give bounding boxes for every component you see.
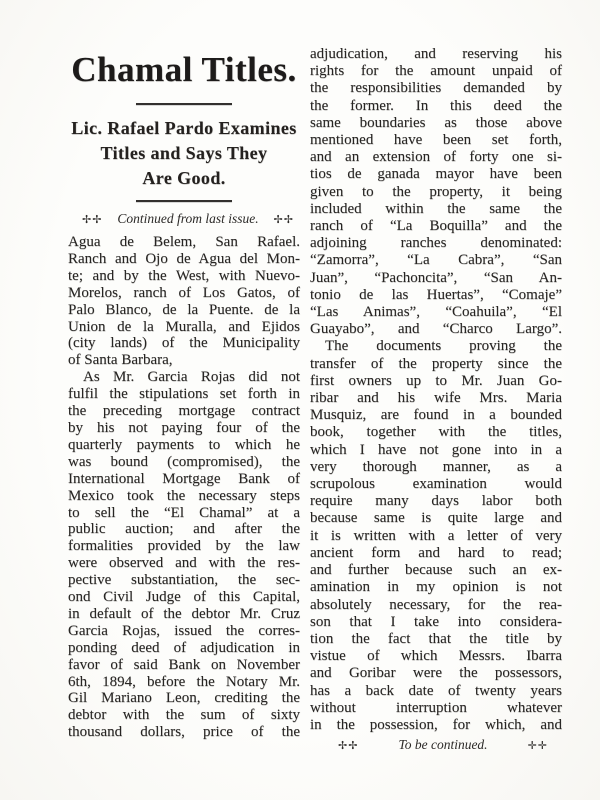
- text-line: Morelos, ranch of Los Gatos, of: [68, 285, 300, 302]
- text-line: Titles and Says They: [68, 141, 300, 166]
- text-line: Gil Mariano Leon, crediting the: [68, 690, 300, 707]
- text-line: ponding deed of adjudication in: [68, 640, 300, 657]
- text-line: vistue of which Messrs. Ibarra: [310, 648, 562, 665]
- continued-note: Continued from last issue.: [117, 211, 258, 227]
- text-line: which I have not gone into in a: [310, 442, 562, 459]
- text-line: adjudication, and reserving his: [310, 46, 562, 63]
- text-line: amination in my opinion is not: [310, 579, 562, 596]
- cross-ornament-icon: ✢✢: [338, 739, 358, 752]
- text-line: was bound (compromised), the: [68, 454, 300, 471]
- text-line: in the possession, for which, and: [310, 717, 562, 734]
- text-line: the responsibilities demanded by: [310, 80, 562, 97]
- text-line: Juan”, “Pachoncita”, “San An-: [310, 270, 562, 287]
- text-line: Musquiz, are found in a bounded: [310, 407, 562, 424]
- text-line: require many days labor both: [310, 493, 562, 510]
- text-line: ond Civil Judge of this Capital,: [68, 589, 300, 606]
- text-line: it is written with a letter of very: [310, 528, 562, 545]
- text-line: absolutely necessary, for the rea-: [310, 597, 562, 614]
- cross-ornament-icon: ✢✢: [274, 213, 294, 226]
- text-line: fulfil the stipulations set forth in: [68, 386, 300, 403]
- text-line: of Santa Barbara,: [68, 352, 300, 369]
- text-line: tonio de las Huertas”, “Comaje”: [310, 287, 562, 304]
- text-line: son that I take into considera-: [310, 614, 562, 631]
- text-line: included within the same the: [310, 201, 562, 218]
- text-line: same boundaries as those above: [310, 115, 562, 132]
- text-line: by his not paying four of the: [68, 420, 300, 437]
- text-line: Are Good.: [68, 166, 300, 191]
- text-line: tion the fact that the title by: [310, 631, 562, 648]
- text-line: book, together with the titles,: [310, 424, 562, 441]
- text-line: without interruption whatever: [310, 700, 562, 717]
- text-line: “Zamorra”, “La Cabra”, “San: [310, 252, 562, 269]
- text-line: ranch of “La Boquilla” and the: [310, 218, 562, 235]
- text-line: The documents proving the: [310, 338, 562, 355]
- text-line: ribar and his wife Mrs. Maria: [310, 390, 562, 407]
- text-line: thousand dollars, price of the: [68, 724, 300, 741]
- text-line: and an extension of forty one si-: [310, 149, 562, 166]
- to-be-continued-row: ✢✢ To be continued. ✛✛: [310, 737, 562, 753]
- text-line: first owners up to Mr. Juan Go-: [310, 373, 562, 390]
- text-line: to sell the “El Chamal” at a: [68, 505, 300, 522]
- text-line: has a back date of twenty years: [310, 683, 562, 700]
- text-line: Garcia Rojas, issued the corres-: [68, 623, 300, 640]
- text-line: the preceding mortgage contract: [68, 403, 300, 420]
- to-be-continued-note: To be continued.: [398, 737, 487, 753]
- text-line: quarterly payments to which he: [68, 437, 300, 454]
- column-left: Chamal Titles. Lic. Rafael Pardo Examine…: [68, 40, 300, 741]
- text-line: ancient form and hard to read;: [310, 545, 562, 562]
- text-line: pective substantiation, the sec-: [68, 572, 300, 589]
- article-text-right: adjudication, and reserving hisrights fo…: [310, 46, 562, 734]
- text-line: debtor with the sum of sixty: [68, 707, 300, 724]
- text-line: in default of the debtor Mr. Cruz: [68, 606, 300, 623]
- text-line: very thorough manner, as a: [310, 459, 562, 476]
- headline-rule: [136, 103, 232, 105]
- text-line: As Mr. Garcia Rojas did not: [68, 369, 300, 386]
- article-subheadline: Lic. Rafael Pardo ExaminesTitles and Say…: [68, 116, 300, 191]
- text-line: Lic. Rafael Pardo Examines: [68, 116, 300, 141]
- text-line: adjoining ranches denominated:: [310, 235, 562, 252]
- text-line: Ranch and Ojo de Agua del Mon-: [68, 251, 300, 268]
- text-line: transfer of the property since the: [310, 356, 562, 373]
- text-line: (city lands) of the Municipality: [68, 335, 300, 352]
- text-line: scrupolous examination would: [310, 476, 562, 493]
- text-line: Union de la Muralla, and Ejidos: [68, 319, 300, 336]
- article-text-left: Agua de Belem, San Rafael.Ranch and Ojo …: [68, 234, 300, 741]
- subheadline-rule: [136, 200, 232, 202]
- newspaper-page: Chamal Titles. Lic. Rafael Pardo Examine…: [0, 0, 600, 800]
- text-line: formalities provided by the law: [68, 538, 300, 555]
- cross-ornament-icon: ✢✢: [82, 213, 102, 226]
- text-line: Mexico took the necessary steps: [68, 488, 300, 505]
- text-line: were observed and with the res-: [68, 555, 300, 572]
- text-line: 6th, 1894, before the Notary Mr.: [68, 674, 300, 691]
- text-line: Guayabo”, and “Charco Largo”.: [310, 321, 562, 338]
- text-line: and further because such an ex-: [310, 562, 562, 579]
- text-line: tios de ganada mayor have been: [310, 166, 562, 183]
- cross-ornament-icon: ✛✛: [528, 739, 548, 752]
- text-line: International Mortgage Bank of: [68, 471, 300, 488]
- text-line: public auction; and after the: [68, 521, 300, 538]
- text-line: because same is quite large and: [310, 510, 562, 527]
- text-line: given to the property, it being: [310, 184, 562, 201]
- column-right: adjudication, and reserving hisrights fo…: [310, 46, 562, 753]
- text-line: and Goribar were the possessors,: [310, 665, 562, 682]
- text-line: mentioned have been set forth,: [310, 132, 562, 149]
- text-line: the former. In this deed the: [310, 98, 562, 115]
- text-line: “Las Animas”, “Coahuila”, “El: [310, 304, 562, 321]
- text-line: favor of said Bank on November: [68, 657, 300, 674]
- continued-from-row: ✢✢ Continued from last issue. ✢✢: [68, 211, 300, 227]
- article-headline: Chamal Titles.: [68, 50, 300, 90]
- text-line: te; and by the West, with Nuevo-: [68, 268, 300, 285]
- text-line: rights for the amount unpaid of: [310, 63, 562, 80]
- text-line: Agua de Belem, San Rafael.: [68, 234, 300, 251]
- text-line: Palo Blanco, de la Puente. de la: [68, 302, 300, 319]
